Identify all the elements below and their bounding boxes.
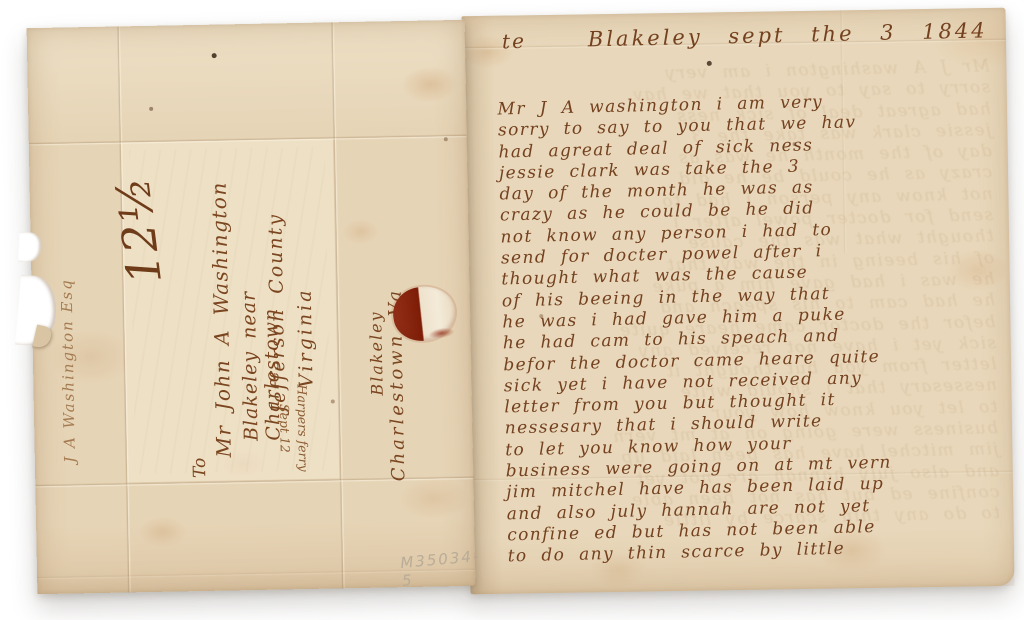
paper-tear-flap xyxy=(32,324,53,349)
letter-heading: te Blakeley sept the 3 1844 xyxy=(496,18,995,63)
letter-scan: Mr J A washington i am verysorry to say … xyxy=(0,0,1024,620)
address-recipient: Mr John A Washington xyxy=(207,181,236,458)
address-to: To xyxy=(190,458,210,479)
address-panel: 12½ To Mr John A Washington Blakeley nea… xyxy=(27,20,476,594)
postmark-office: Harpers ferry xyxy=(292,370,312,486)
letter-body: te Blakeley sept the 3 1844 Mr J A washi… xyxy=(496,18,1007,589)
heading-dateline: Blakeley sept the 3 1844 xyxy=(588,18,988,51)
fold-crease-horizontal xyxy=(29,134,467,146)
paper-tear-nick xyxy=(18,232,41,263)
postmark-annotation: Harpers ferry Sept 12 xyxy=(264,370,312,487)
endorsement-docket: Blakeley Charlestown Va xyxy=(364,211,425,492)
ink-specks xyxy=(27,28,29,30)
address-block: 12½ To Mr John A Washington Blakeley nea… xyxy=(122,145,360,479)
letter-page: Mr J A washington i am verysorry to say … xyxy=(461,8,1014,594)
ink-specks xyxy=(461,16,463,18)
pencil-catalog-number: M35034-5 xyxy=(400,547,483,590)
letter-lines: Mr J A washington i am verysorry to say … xyxy=(497,88,1006,568)
docket-town: Charlestown Va xyxy=(383,211,409,481)
postmark-date: Sept 12 xyxy=(274,370,294,486)
postal-rate-mark: 12½ xyxy=(105,172,172,287)
edge-docket: J A Washington Esq xyxy=(56,225,88,515)
heading-prefix: te xyxy=(502,29,526,54)
